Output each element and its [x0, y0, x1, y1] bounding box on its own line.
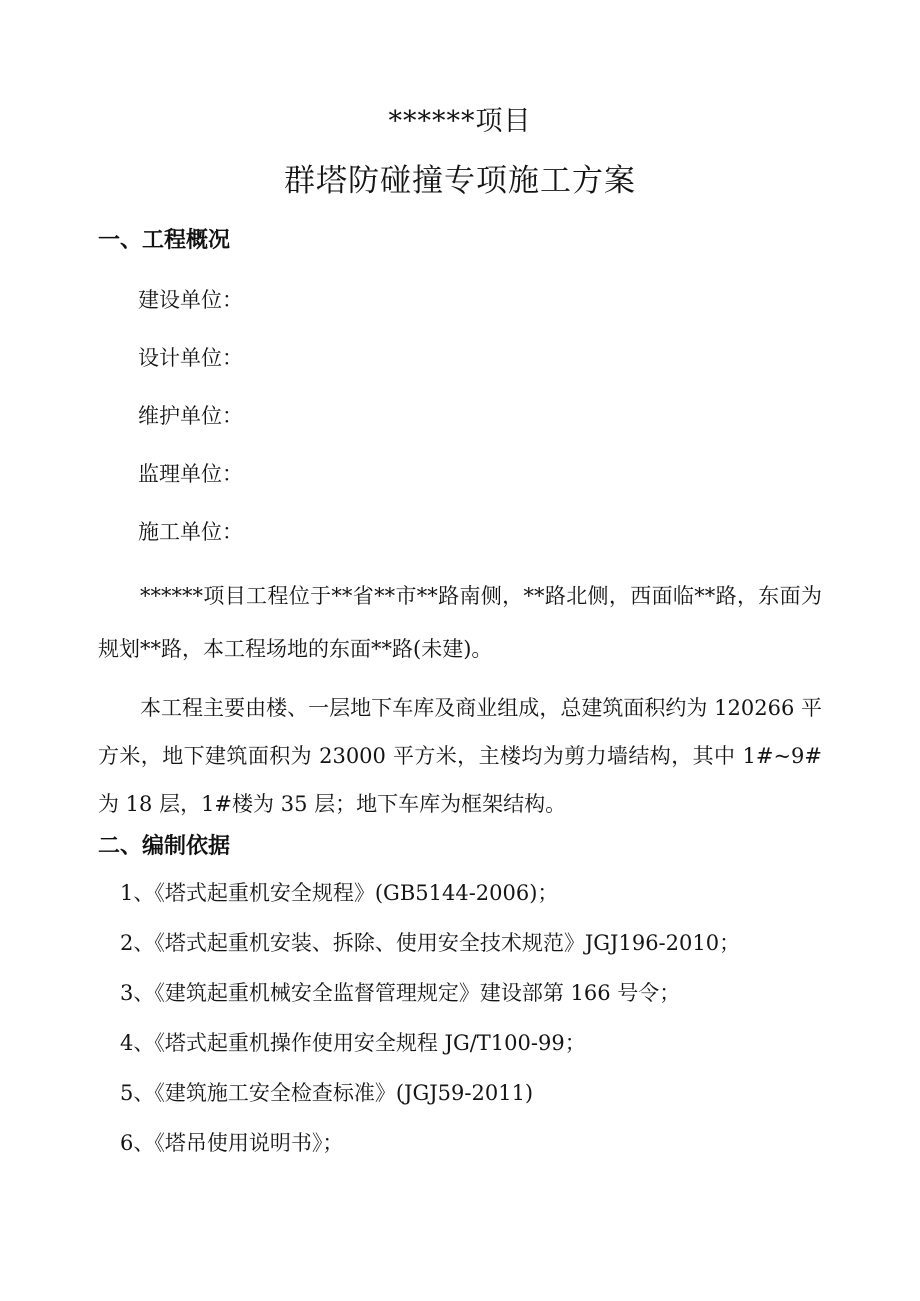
- field-contractor-unit: 施工单位：: [98, 518, 822, 546]
- reference-item-5: 5、《建筑施工安全检查标准》(JGJ59-2011): [98, 1078, 822, 1108]
- paragraph-project-composition: 本工程主要由楼、一层地下车库及商业组成，总建筑面积约为 120266 平方米，地…: [98, 684, 822, 828]
- paragraph-project-location: ******项目工程位于**省**市**路南侧，**路北侧，西面临**路，东面为…: [98, 570, 822, 676]
- field-design-unit: 设计单位：: [98, 344, 822, 372]
- doc-subtitle: 群塔防碰撞专项施工方案: [98, 160, 822, 202]
- reference-item-1: 1、《塔式起重机安全规程》(GB5144-2006)；: [98, 878, 822, 908]
- document-page: ******项目 群塔防碰撞专项施工方案 一、工程概况 建设单位： 设计单位： …: [0, 0, 920, 1301]
- reference-item-4: 4、《塔式起重机操作使用安全规程 JG/T100-99；: [98, 1028, 822, 1058]
- field-supervision-unit: 监理单位：: [98, 460, 822, 488]
- field-maintenance-unit: 维护单位：: [98, 402, 822, 430]
- reference-item-3: 3、《建筑起重机械安全监督管理规定》建设部第 166 号令；: [98, 978, 822, 1008]
- doc-title: ******项目: [98, 104, 822, 140]
- section-heading-overview: 一、工程概况: [98, 226, 822, 256]
- reference-item-6: 6、《塔吊使用说明书》；: [98, 1128, 822, 1158]
- reference-item-2: 2、《塔式起重机安装、拆除、使用安全技术规范》JGJ196-2010；: [98, 928, 822, 958]
- section-heading-basis: 二、编制依据: [98, 832, 822, 862]
- field-construction-unit: 建设单位：: [98, 286, 822, 314]
